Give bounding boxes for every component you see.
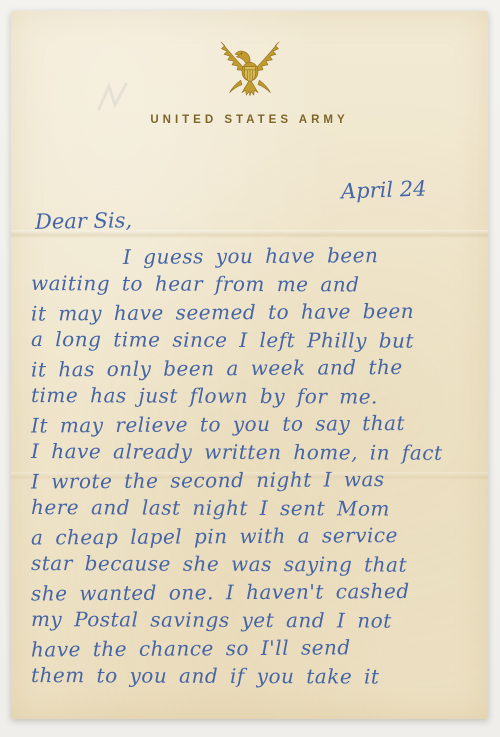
handwritten-line: I wrote the second night I was — [31, 464, 476, 495]
salutation: Dear Sis, — [35, 208, 132, 234]
handwritten-line: waiting to hear from me and — [31, 269, 476, 299]
handwritten-line: it may have seemed to have been — [31, 296, 476, 327]
letter-paper: UNITED STATES ARMY April 24 Dear Sis, I … — [11, 11, 488, 719]
handwritten-line: it has only been a week and the — [31, 352, 476, 383]
army-eagle-emblem-icon — [201, 37, 299, 105]
letter-body: I guess you have been waiting to hear fr… — [31, 242, 476, 690]
handwritten-line: she wanted one. I haven't cashed — [31, 576, 476, 607]
handwritten-line: them to you and if you take it — [31, 661, 476, 691]
handwritten-line: my Postal savings yet and I not — [31, 605, 476, 635]
letterhead: UNITED STATES ARMY — [11, 37, 488, 126]
handwritten-line: a long time since I left Philly but — [31, 325, 476, 355]
handwritten-line: It may relieve to you to say that — [31, 408, 476, 439]
letterhead-title: UNITED STATES ARMY — [11, 114, 488, 126]
handwritten-line: time has just flown by for me. — [31, 381, 476, 411]
letter-date: April 24 — [341, 177, 427, 204]
handwritten-line: I have already written home, in fact — [31, 437, 476, 467]
handwritten-line: star because she was saying that — [31, 549, 476, 579]
handwritten-line: a cheap lapel pin with a service — [31, 520, 476, 551]
handwritten-line: here and last night I sent Mom — [31, 493, 476, 523]
handwritten-line: have the chance so I'll send — [31, 632, 476, 663]
scan-background: UNITED STATES ARMY April 24 Dear Sis, I … — [0, 0, 500, 737]
handwritten-line: I guess you have been — [31, 240, 476, 271]
